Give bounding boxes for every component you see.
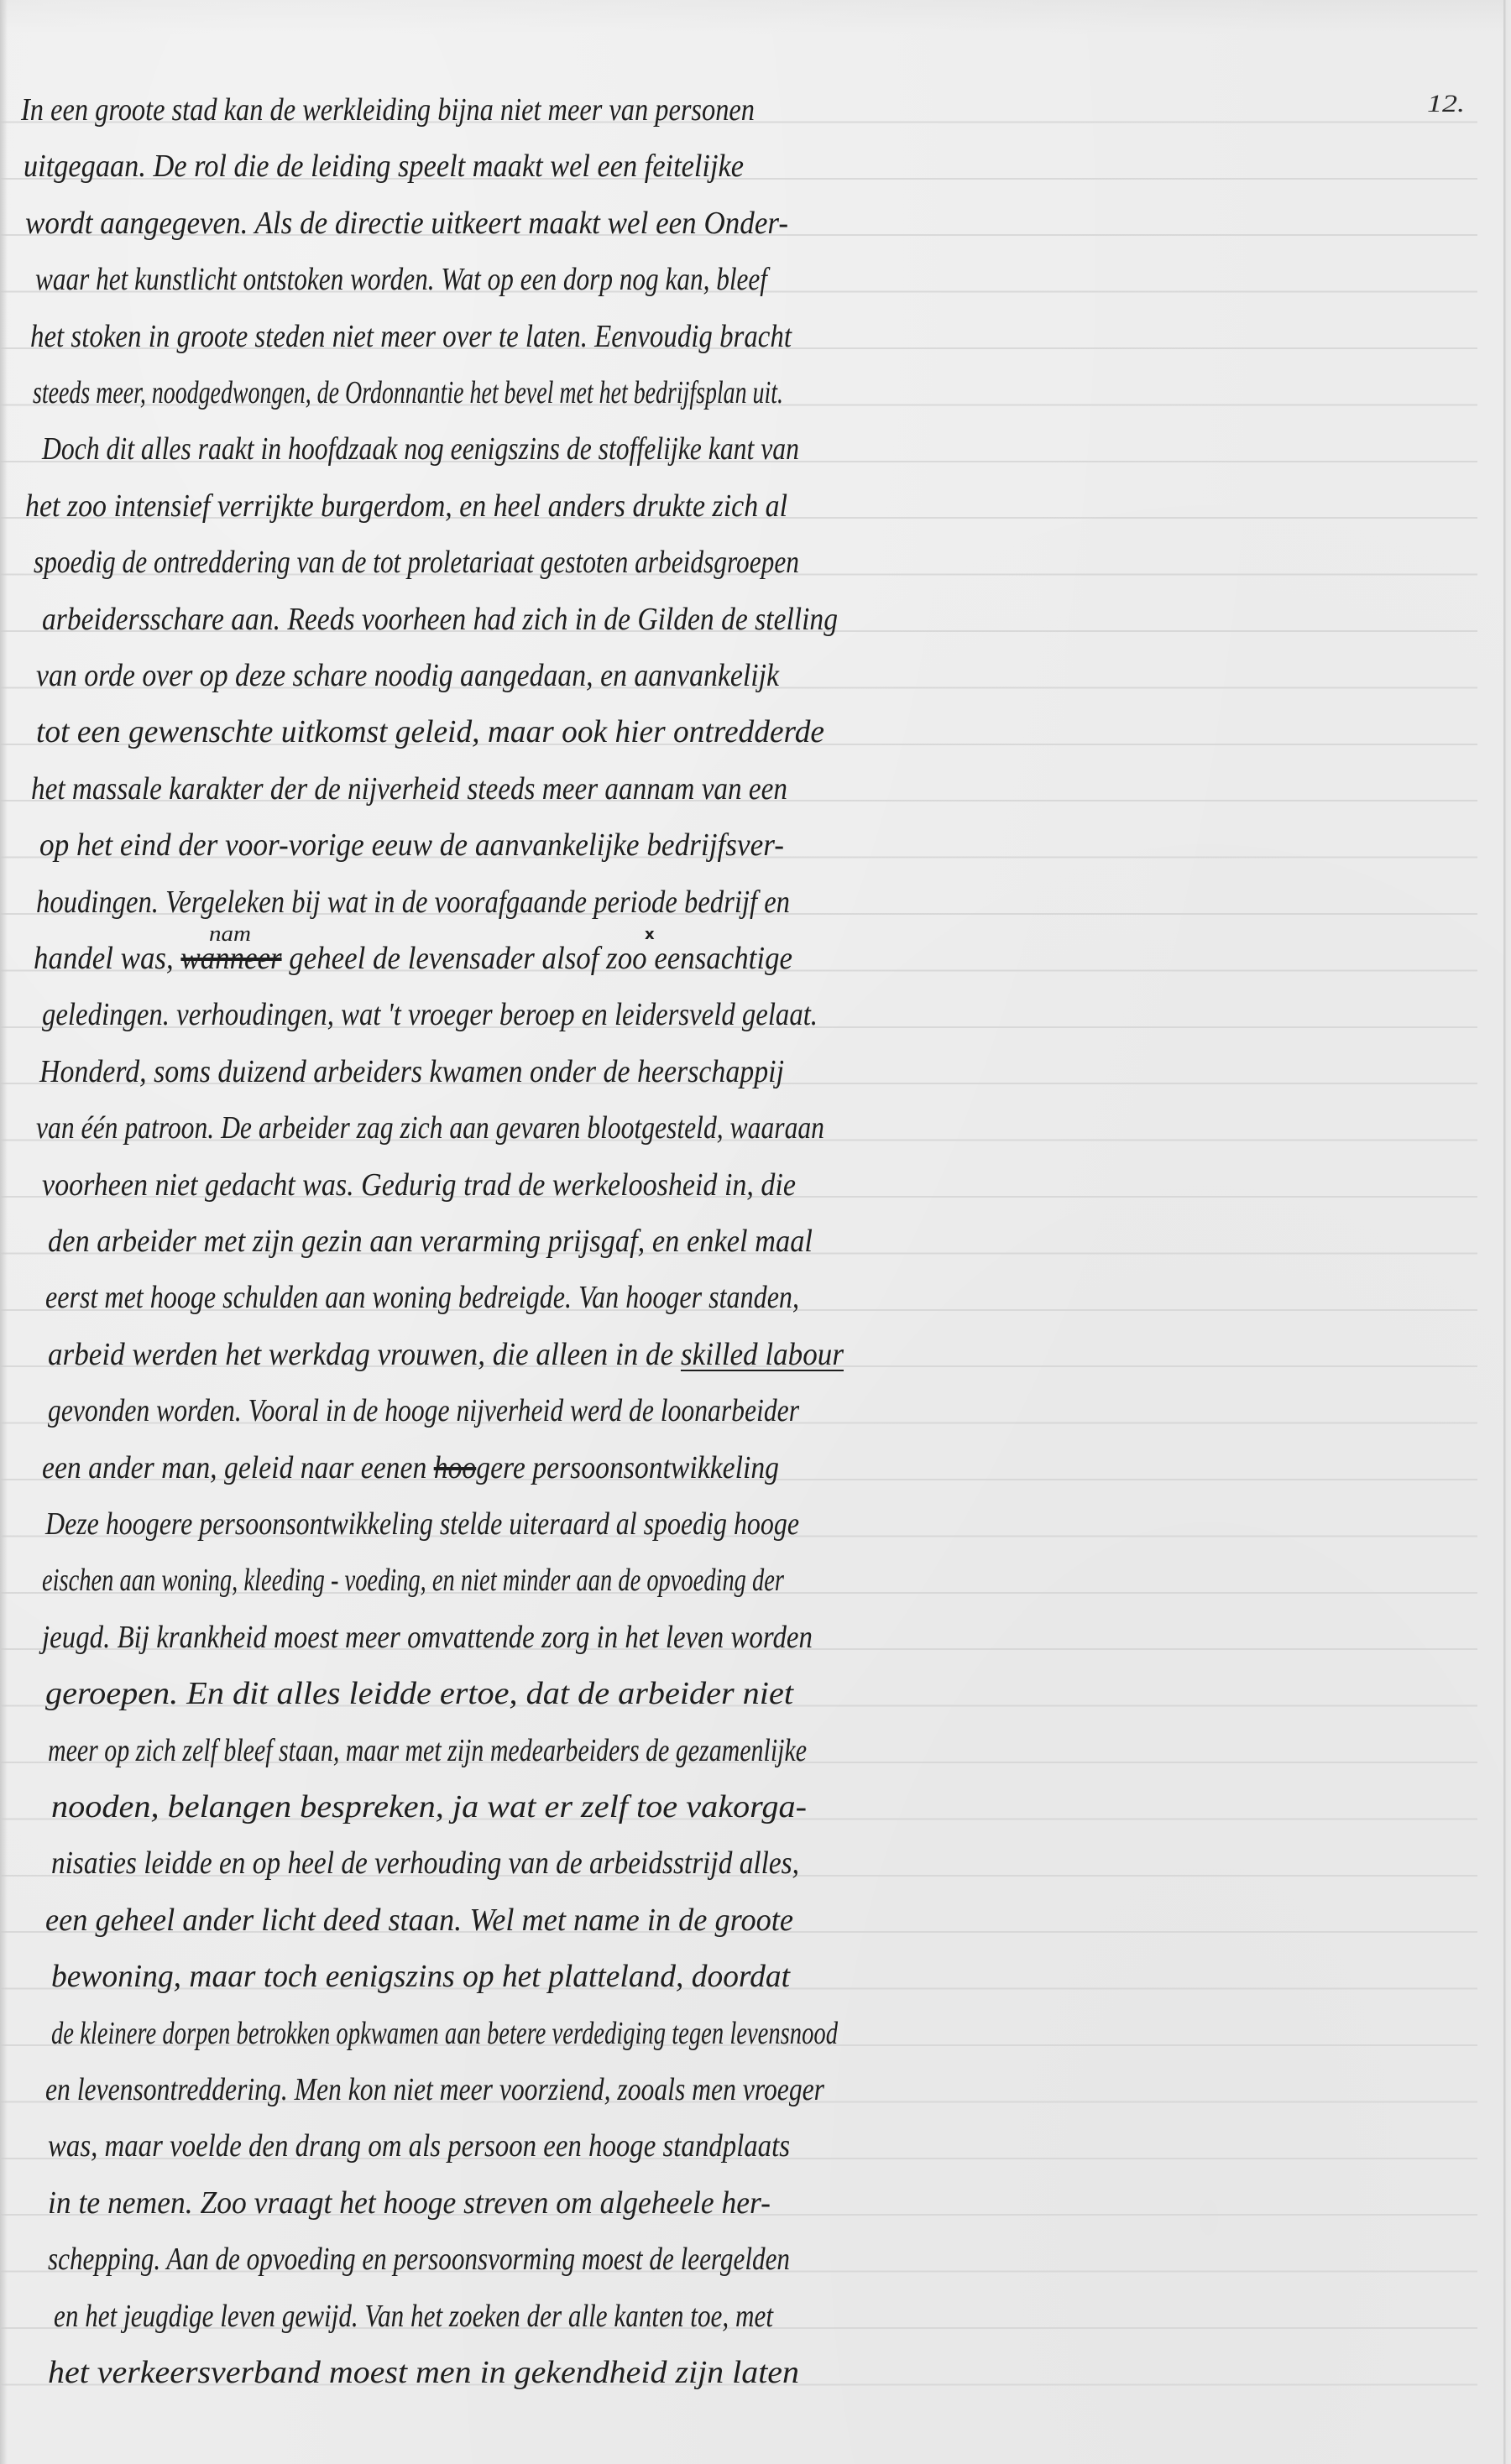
manuscript-line: in te nemen. Zoo vraagt het hooge streve… [48, 2183, 771, 2223]
manuscript-line: en levensontreddering. Men kon niet meer… [45, 2070, 824, 2110]
manuscript-line: geroepen. En dit alles leidde ertoe, dat… [45, 1673, 793, 1714]
manuscript-line: arbeidersschare aan. Reeds voorheen had … [42, 599, 838, 639]
manuscript-line: houdingen. Vergeleken bij wat in de voor… [36, 882, 790, 922]
manuscript-line: eerst met hooge schulden aan woning bedr… [45, 1277, 799, 1318]
manuscript-line: voorheen niet gedacht was. Gedurig trad … [42, 1165, 796, 1205]
manuscript-line: schepping. Aan de opvoeding en persoonsv… [48, 2239, 790, 2279]
struck-out-word: wanneer [180, 941, 281, 976]
line-segment: handel was, [34, 941, 180, 976]
underlined-phrase: skilled labour [681, 1337, 844, 1372]
manuscript-line: gevonden worden. Vooral in de hooge nijv… [48, 1391, 799, 1431]
manuscript-line: op het eind der voor-vorige eeuw de aanv… [39, 825, 784, 865]
line-segment: arbeid werden het werkdag vrouwen, die a… [48, 1337, 681, 1372]
manuscript-line: was, maar voelde den drang om als persoo… [48, 2126, 790, 2166]
manuscript-line: Deze hoogere persoonsontwikkeling stelde… [45, 1504, 799, 1544]
manuscript-line: nooden, belangen bespreken, ja wat er ze… [51, 1787, 807, 1827]
page-right-edge [1503, 0, 1511, 2464]
manuscript-line: tot een gewenschte uitkomst geleid, maar… [36, 712, 824, 752]
manuscript-line: nisaties leidde en op heel de verhouding… [51, 1843, 799, 1883]
manuscript-line: In een groote stad kan de werkleiding bi… [21, 90, 755, 130]
manuscript-line: het verkeersverband moest men in gekendh… [48, 2352, 799, 2393]
manuscript-line: waar het kunstlicht ontstoken worden. Wa… [35, 259, 767, 300]
manuscript-line: en het jeugdige leven gewijd. Van het zo… [54, 2296, 773, 2336]
page-number: 12. [1427, 90, 1465, 118]
struck-out-letters: hoo [434, 1450, 477, 1485]
line-segment: gere persoonsontwikkeling [476, 1450, 779, 1485]
manuscript-line: eischen aan woning, kleeding - voeding, … [42, 1560, 784, 1600]
manuscript-line: een geheel ander licht deed staan. Wel m… [45, 1900, 793, 1940]
manuscript-line: jeugd. Bij krankheid moest meer omvatten… [42, 1617, 813, 1657]
manuscript-line: steeds meer, noodgedwongen, de Ordonnant… [33, 373, 783, 413]
manuscript-line: den arbeider met zijn gezin aan verarmin… [48, 1221, 813, 1261]
manuscript-line: de kleinere dorpen betrokken opkwamen aa… [51, 2013, 838, 2054]
manuscript-line: spoedig de ontreddering van de tot prole… [34, 542, 799, 582]
manuscript-line: uitgegaan. De rol die de leiding speelt … [24, 146, 744, 186]
manuscript-line: meer op zich zelf bleef staan, maar met … [48, 1731, 807, 1771]
manuscript-line: handel was, wanneer geheel de levensader… [34, 938, 792, 979]
manuscript-line: Doch dit alles raakt in hoofdzaak nog ee… [42, 429, 799, 469]
manuscript-line: bewoning, maar toch eenigszins op het pl… [51, 1956, 790, 1997]
line-segment: een ander man, geleid naar eenen [42, 1450, 434, 1485]
manuscript-line: Honderd, soms duizend arbeiders kwamen o… [39, 1052, 784, 1092]
manuscript-line: het massale karakter der de nijverheid s… [31, 769, 787, 809]
manuscript-line: van orde over op deze schare noodig aang… [36, 655, 779, 696]
manuscript-page: 12. In een groote stad kan de werkleidin… [0, 0, 1511, 2464]
manuscript-line: het zoo intensief verrijkte burgerdom, e… [25, 486, 787, 526]
line-segment: geheel de levensader alsof zoo eensachti… [282, 941, 792, 976]
manuscript-line: geledingen. verhoudingen, wat 't vroeger… [42, 994, 818, 1035]
manuscript-line: van één patroon. De arbeider zag zich aa… [36, 1108, 824, 1148]
page-left-edge [0, 0, 8, 2464]
manuscript-line: arbeid werden het werkdag vrouwen, die a… [48, 1334, 844, 1375]
manuscript-line: wordt aangegeven. Als de directie uitkee… [25, 203, 788, 243]
manuscript-line: het stoken in groote steden niet meer ov… [30, 316, 792, 357]
manuscript-line: een ander man, geleid naar eenen hoogere… [42, 1448, 779, 1488]
